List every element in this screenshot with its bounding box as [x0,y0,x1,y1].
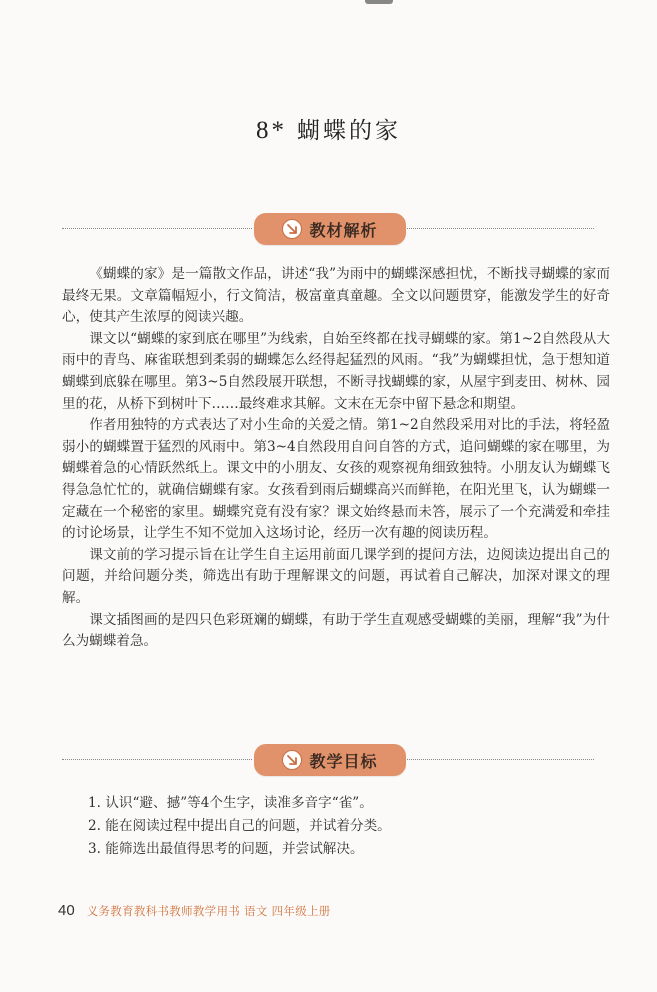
section-header-analysis: 教材解析 [62,213,594,245]
section-badge: 教材解析 [254,213,406,245]
book-title: 义务教育教科书教师教学用书 语文 四年级上册 [87,903,331,919]
analysis-body: 《蝴蝶的家》是一篇散文作品，讲述“我”为雨中的蝴蝶深感担忧，不断找寻蝴蝶的家而最… [62,264,610,653]
page-title: 8*蝴蝶的家 [0,112,657,145]
teaching-goals-list: 1. 认识“避、撼”等4个生字，读准多音字“雀”。 2. 能在阅读过程中提出自己… [88,792,391,861]
dotted-divider-left [62,228,252,229]
dotted-divider-right [407,759,594,760]
paragraph: 《蝴蝶的家》是一篇散文作品，讲述“我”为雨中的蝴蝶深感担忧，不断找寻蝴蝶的家而最… [62,264,610,329]
goal-item: 1. 认识“避、撼”等4个生字，读准多音字“雀”。 [88,792,391,815]
dotted-divider-left [62,759,252,760]
paragraph: 课文以“蝴蝶的家到底在哪里”为线索，自始至终都在找寻蝴蝶的家。第1~2自然段从大… [62,329,610,415]
section-title: 教材解析 [309,218,377,241]
goal-item: 2. 能在阅读过程中提出自己的问题，并试着分类。 [88,815,391,838]
paragraph: 作者用独特的方式表达了对小生命的关爱之情。第1~2自然段采用对比的手法，将轻盈弱… [62,415,610,545]
arrow-down-right-circle-icon [282,219,302,239]
paragraph: 课文插图画的是四只色彩斑斓的蝴蝶，有助于学生直观感受蝴蝶的美丽，理解“我”为什么… [62,610,610,653]
dotted-divider-right [407,228,594,229]
binding-mark [365,0,393,4]
section-badge: 教学目标 [254,744,406,776]
lesson-number: 8* [256,117,287,144]
lesson-title: 蝴蝶的家 [297,118,401,144]
goal-item: 3. 能筛选出最值得思考的问题，并尝试解决。 [88,838,391,861]
section-title: 教学目标 [309,749,377,772]
page-number: 40 [58,902,75,919]
paragraph: 课文前的学习提示旨在让学生自主运用前面几课学到的提问方法，边阅读边提出自己的问题… [62,545,610,610]
section-header-goals: 教学目标 [62,744,594,776]
arrow-down-right-circle-icon [282,750,302,770]
page-footer: 40 义务教育教科书教师教学用书 语文 四年级上册 [58,902,331,919]
